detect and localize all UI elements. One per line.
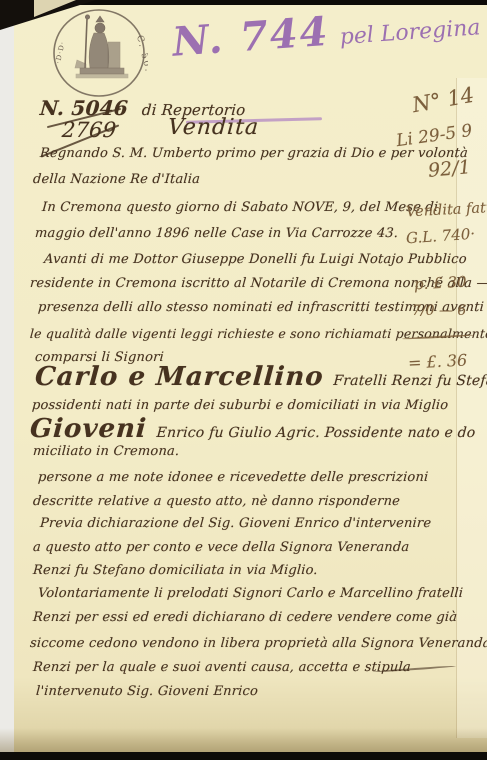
margin-note-amount-30: p. £ 30: [414, 273, 467, 294]
body-line: maggio dell'anno 1896 nelle Case in Via …: [34, 226, 398, 241]
scan-bottom-edge: [0, 752, 487, 760]
figure-body: [89, 33, 109, 68]
throne-rock: [108, 42, 120, 68]
body-line: della Nazione Re d'Italia: [32, 172, 200, 187]
body-line: descritte relative a questo atto, nè dan…: [32, 494, 400, 509]
pedestal-step: [76, 74, 128, 78]
buyer-agent-rest: Enrico fu Giulio Agric. Possidente nato …: [156, 425, 476, 441]
body-line: siccome cedono vendono in libera proprie…: [29, 636, 487, 651]
repertorio-number: N. 5046: [39, 96, 129, 120]
body-line: possidenti nati in parte dei suburbi e d…: [31, 398, 448, 413]
body-line: Renzi per la quale e suoi aventi causa, …: [32, 660, 411, 675]
buyer-agent-line: GioveniEnrico fu Giulio Agric. Possident…: [29, 414, 477, 444]
act-title: Vendita: [167, 115, 260, 140]
paper-bottom-shadow: [0, 728, 487, 752]
body-line: Previa dichiarazione del Sig. Gioveni En…: [39, 516, 431, 531]
margin-note-fraction: 92/1: [427, 156, 471, 182]
body-line: In Cremona questo giorno di Sabato NOVE,…: [41, 200, 438, 215]
purple-annotation-text: pel Loregina: [339, 15, 481, 50]
body-line: l'intervenuto Sig. Gioveni Enrico: [35, 684, 258, 699]
body-line: Renzi fu Stefano domiciliata in via Migl…: [32, 563, 318, 578]
body-line: Renzi per essi ed eredi dichiarano di ce…: [32, 610, 457, 625]
body-line: persone a me note idonee e ricevedette d…: [37, 470, 428, 485]
body-line: Volontariamente li prelodati Signori Car…: [37, 586, 463, 601]
corner-fold-highlight: [34, 0, 76, 17]
pedestal: [80, 68, 124, 74]
crown-icon: [96, 16, 104, 22]
sellers-names: Carlo e Marcellino: [34, 362, 325, 392]
margin-note-amount-36: = £. 36: [408, 350, 468, 372]
figure-head: [95, 23, 105, 33]
scanned-document-page: C. 50. ·D·D· N. 744pel Loregina N. 5046d…: [0, 0, 487, 760]
act-number: 2769: [61, 118, 117, 142]
buyer-agent-name: Gioveni: [29, 414, 148, 444]
scan-left-edge: [0, 4, 14, 752]
stamp-arc-left-text: ·D·D·: [54, 40, 67, 64]
body-line: Avanti di me Dottor Giuseppe Donelli fu …: [43, 252, 467, 267]
sellers-names-rest: Fratelli Renzi fu Stefano ——: [333, 373, 487, 389]
body-line: a questo atto per conto e vece della Sig…: [32, 540, 409, 555]
body-line: miciliato in Cremona.: [32, 444, 179, 459]
margin-note-70: 7/0 — 6: [412, 303, 466, 319]
rocks-left: [75, 60, 86, 68]
